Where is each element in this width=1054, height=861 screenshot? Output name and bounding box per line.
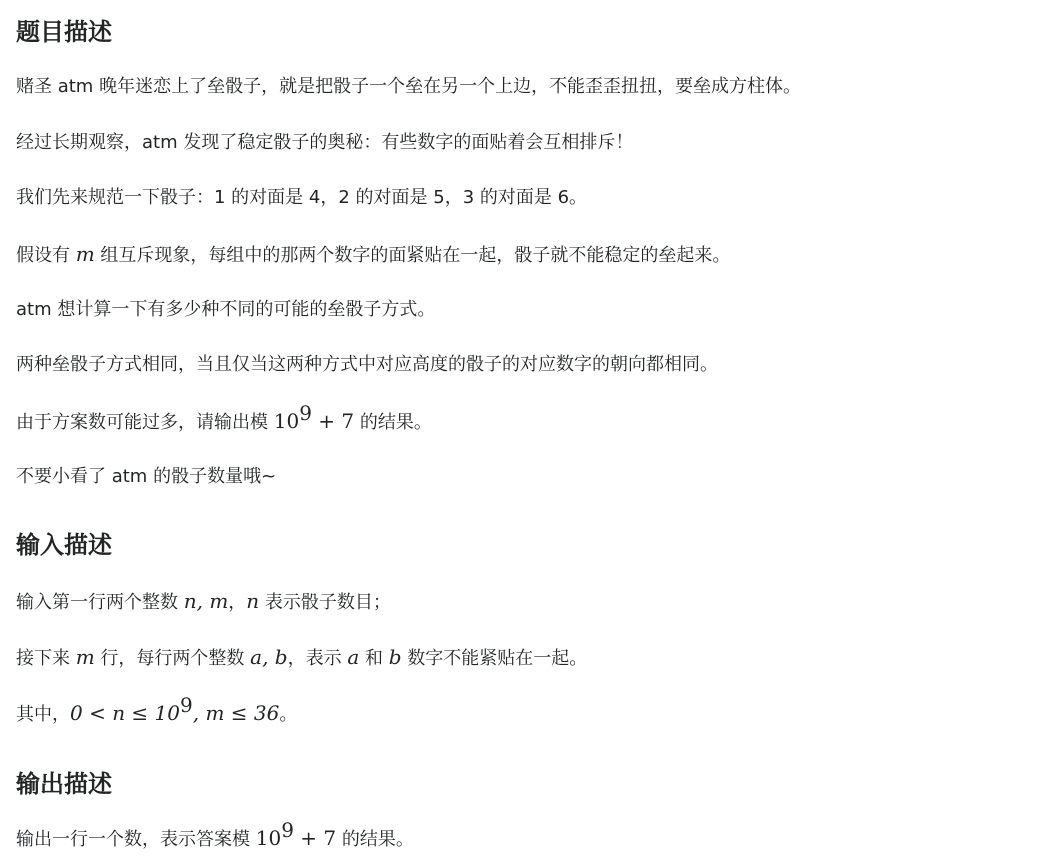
- section-title-description: 题目描述: [16, 16, 112, 48]
- math-a: a: [347, 645, 359, 669]
- text: 输入第一行两个整数: [16, 592, 184, 613]
- paragraph: 经过长期观察，atm 发现了稳定骰子的奥秘：有些数字的面贴着会互相排斥！: [16, 129, 633, 157]
- math-exponent: 9: [281, 818, 294, 842]
- text: 表示骰子数目；: [259, 592, 391, 613]
- math-m: m: [76, 645, 95, 669]
- text: 。: [279, 704, 297, 725]
- paragraph: 输入第一行两个整数 n, m，n 表示骰子数目；: [16, 587, 391, 617]
- paragraph: 假设有 m 组互斥现象，每组中的那两个数字的面紧贴在一起，骰子就不能稳定的垒起来…: [16, 240, 730, 270]
- math-n-m: n, m: [184, 589, 229, 613]
- math-constraint-n: 0 < n ≤ 10: [70, 701, 180, 725]
- math-rest: + 7: [312, 409, 354, 433]
- text: ，: [228, 592, 246, 613]
- text: 其中，: [16, 704, 70, 725]
- math-a-b: a, b: [250, 645, 287, 669]
- math-base: 10: [274, 409, 299, 433]
- paragraph: 我们先来规范一下骰子：1 的对面是 4，2 的对面是 5，3 的对面是 6。: [16, 184, 587, 212]
- paragraph: 赌圣 atm 晚年迷恋上了垒骰子，就是把骰子一个垒在另一个上边，不能歪歪扭扭，要…: [16, 73, 801, 101]
- text: 行，每行两个整数: [95, 648, 250, 669]
- paragraph: 输出一行一个数，表示答案模 109 + 7 的结果。: [16, 824, 414, 854]
- math-base: 10: [256, 826, 281, 850]
- text: 假设有: [16, 245, 76, 266]
- text: 输出一行一个数，表示答案模: [16, 829, 256, 850]
- text: 数字不能紧贴在一起。: [402, 648, 588, 669]
- math-n: n: [246, 589, 259, 613]
- paragraph: atm 想计算一下有多少种不同的可能的垒骰子方式。: [16, 296, 435, 324]
- paragraph: 接下来 m 行，每行两个整数 a, b，表示 a 和 b 数字不能紧贴在一起。: [16, 643, 587, 673]
- text: 和: [359, 648, 388, 669]
- math-rest: + 7: [294, 826, 336, 850]
- paragraph: 不要小看了 atm 的骰子数量哦~: [16, 463, 276, 491]
- text: 接下来: [16, 648, 76, 669]
- section-title-output: 输出描述: [16, 768, 112, 800]
- text: 组互斥现象，每组中的那两个数字的面紧贴在一起，骰子就不能稳定的垒起来。: [95, 245, 731, 266]
- math-exponent: 9: [299, 401, 312, 425]
- paragraph: 两种垒骰子方式相同，当且仅当这两种方式中对应高度的骰子的对应数字的朝向都相同。: [16, 351, 718, 379]
- paragraph: 由于方案数可能过多，请输出模 109 + 7 的结果。: [16, 407, 432, 437]
- math-constraint-m: , m ≤ 36: [193, 701, 280, 725]
- paragraph: 其中，0 < n ≤ 109, m ≤ 36。: [16, 699, 297, 729]
- math-exponent: 9: [180, 693, 193, 717]
- text: 的结果。: [354, 412, 432, 433]
- math-b: b: [389, 645, 402, 669]
- text: 由于方案数可能过多，请输出模: [16, 412, 274, 433]
- text: ，表示: [288, 648, 348, 669]
- math-m: m: [76, 242, 95, 266]
- section-title-input: 输入描述: [16, 529, 112, 561]
- text: 的结果。: [336, 829, 414, 850]
